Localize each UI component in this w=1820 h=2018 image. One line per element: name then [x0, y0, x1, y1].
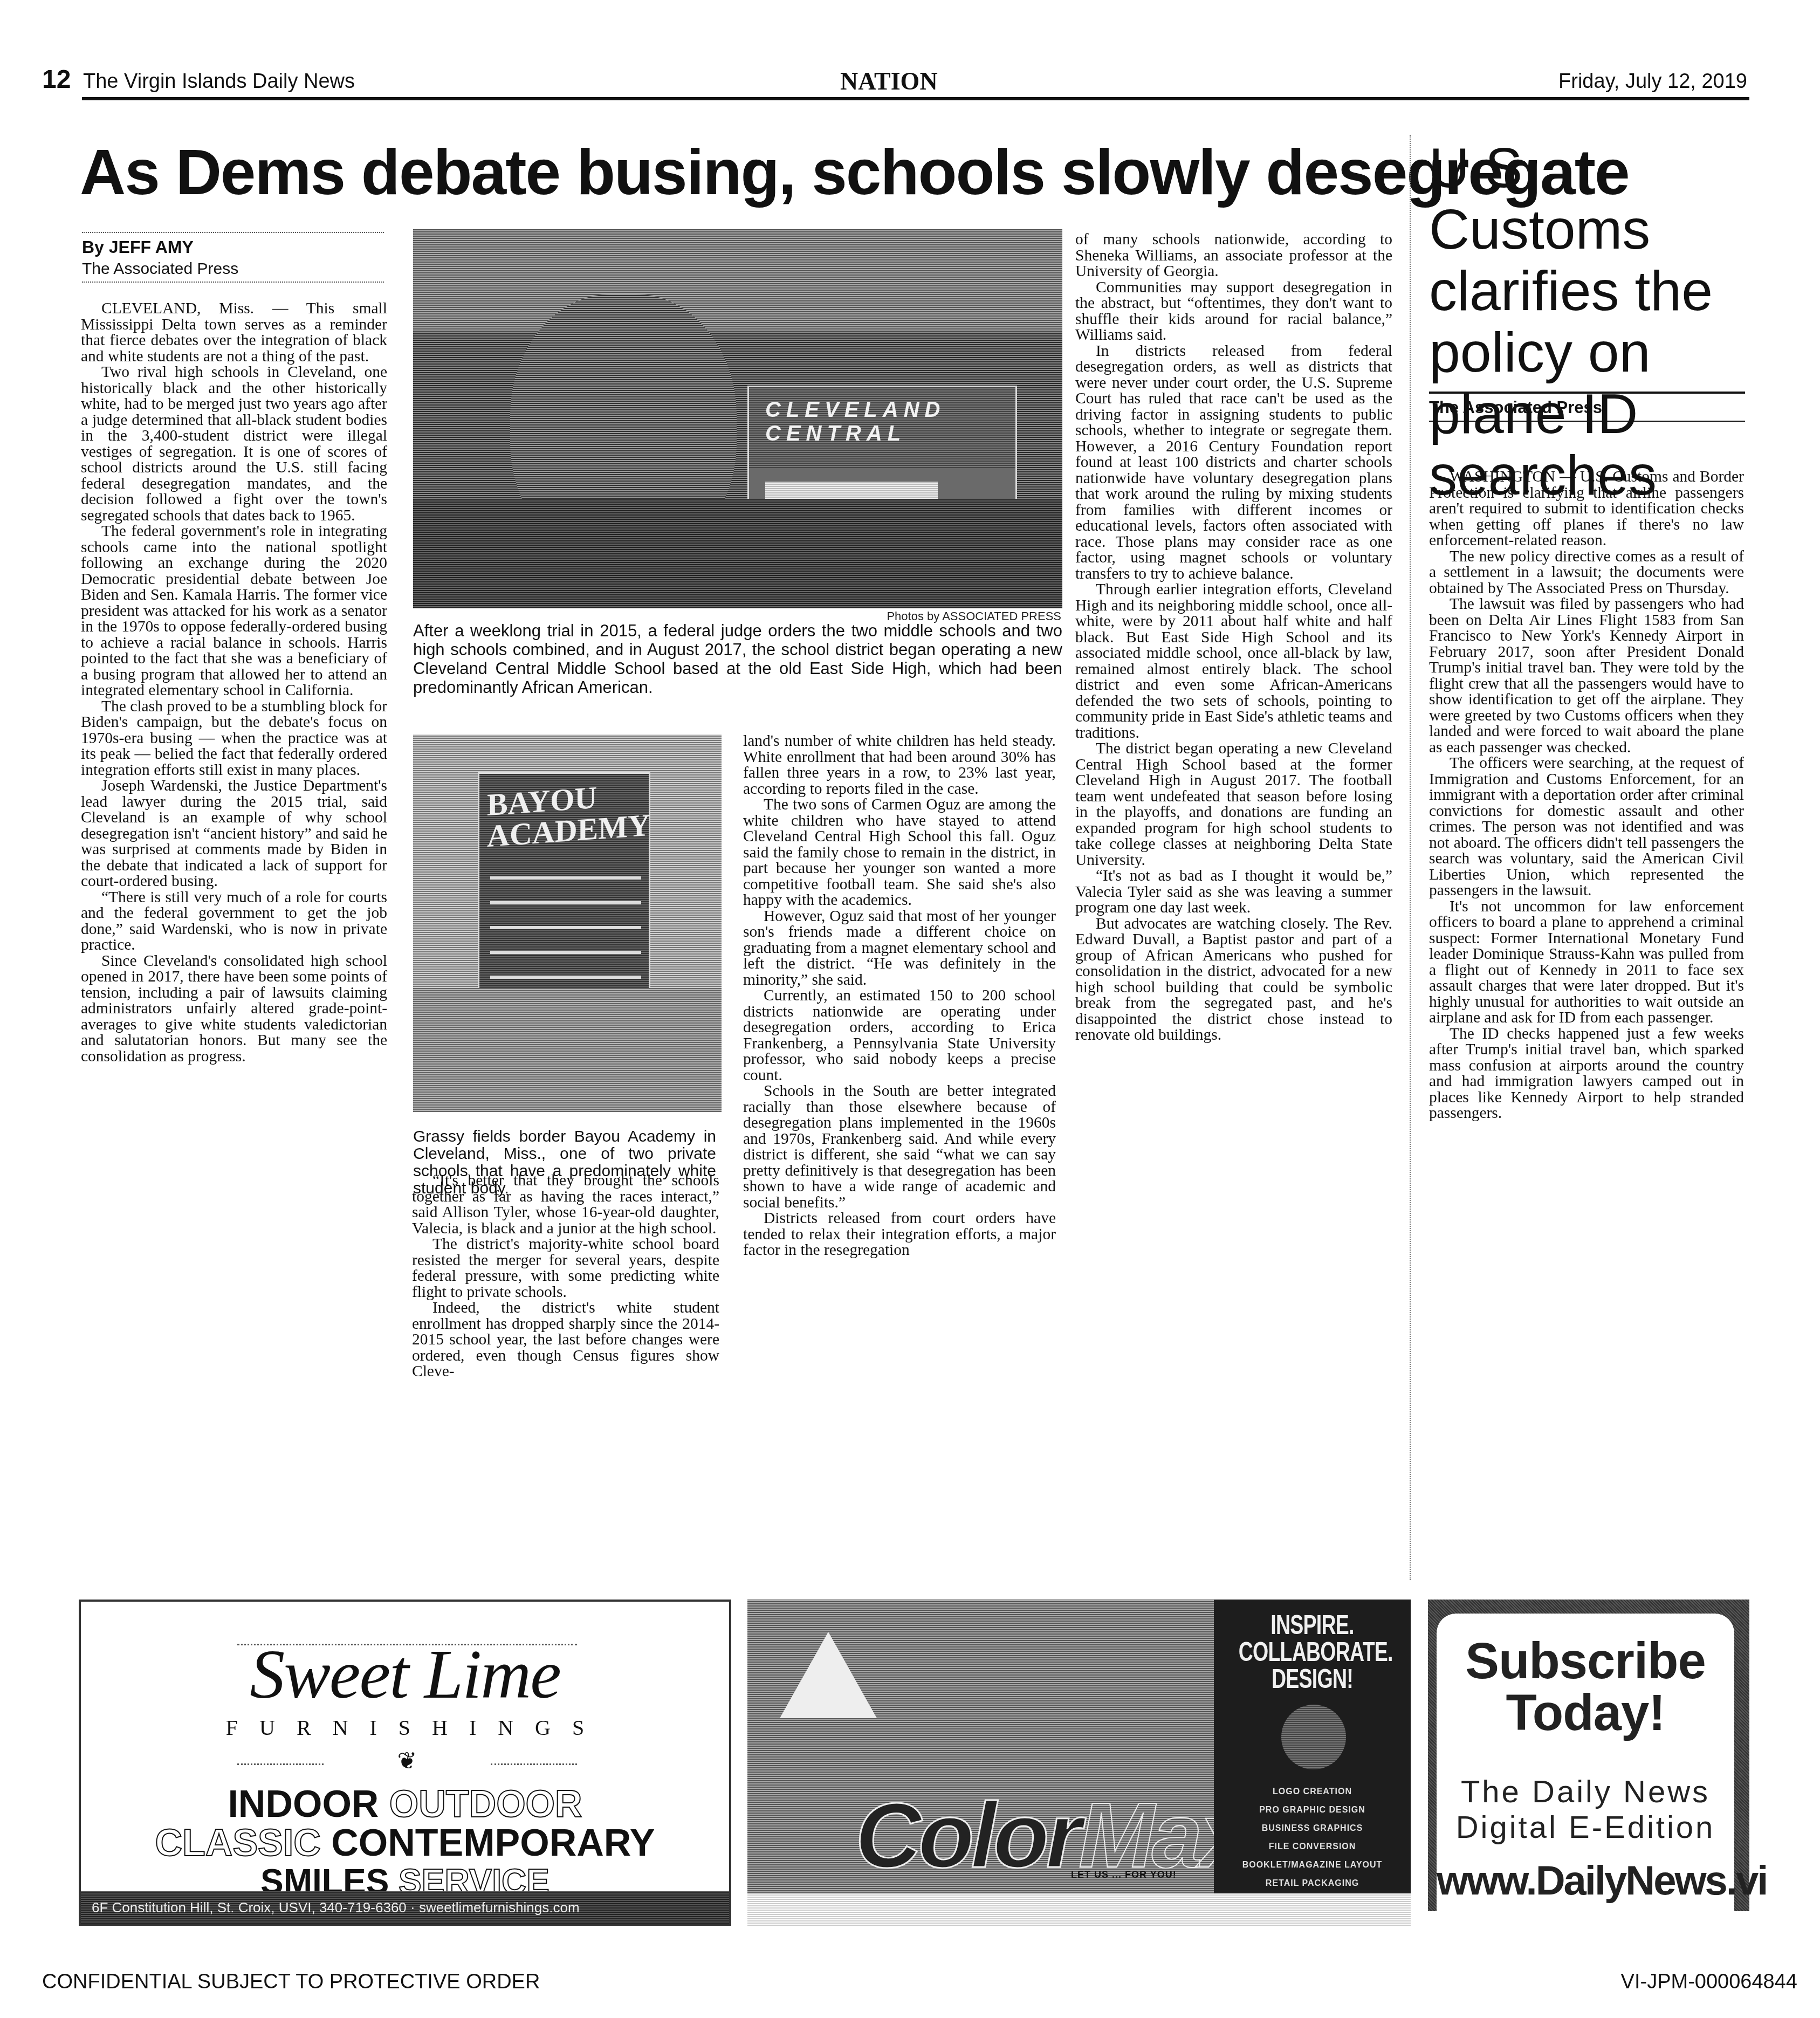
bates-number: VI-JPM-000064844	[1621, 1971, 1797, 1994]
paper-name: The Virgin Islands Daily News	[83, 70, 355, 93]
paragraph: However, Oguz said that most of her youn…	[743, 909, 1056, 989]
side-article-column: WASHINGTON — U.S. Customs and Border Pro…	[1429, 469, 1744, 1122]
ad-side-panel: INSPIRE. COLLABORATE. DESIGN! LOGO CREAT…	[1214, 1600, 1411, 1893]
paragraph: Since Cleveland's consolidated high scho…	[81, 953, 387, 1065]
folio-bar: 12 The Virgin Islands Daily News NATION …	[42, 65, 1747, 97]
subscribe-title: Subscribe Today!	[1437, 1635, 1734, 1739]
paragraph: Two rival high schools in Cleveland, one…	[81, 365, 387, 524]
ad-services-list: LOGO CREATION PRO GRAPHIC DESIGN BUSINES…	[1214, 1783, 1411, 1893]
bushes	[413, 499, 1062, 608]
ad-contact-footer	[747, 1893, 1411, 1926]
byline-rule-top	[82, 232, 384, 233]
article-column-2: “It's better that they brought the schoo…	[412, 1173, 719, 1380]
side-byline-rule-top	[1429, 392, 1745, 394]
article-column-3: land's number of white children has held…	[743, 733, 1056, 1259]
paragraph: The district's majority-white school boa…	[412, 1237, 719, 1300]
confidential-stamp: CONFIDENTIAL SUBJECT TO PROTECTIVE ORDER	[42, 1971, 540, 1994]
subscribe-subtitle: The Daily News Digital E-Edition	[1437, 1774, 1734, 1845]
side-byline-agency: The Associated Press	[1429, 398, 1602, 417]
lamp-light	[780, 1632, 877, 1718]
ad-colormax[interactable]: ColorMax LET US ... FOR YOU! INSPIRE. CO…	[747, 1600, 1411, 1926]
paragraph: of many schools nationwide, according to…	[1075, 232, 1392, 280]
paragraph: Indeed, the district's white student enr…	[412, 1300, 719, 1380]
ad-tagline: LET US ... FOR YOU!	[1071, 1869, 1177, 1880]
article-column-1: CLEVELAND, Miss. — This small Mississipp…	[81, 301, 387, 1065]
byline-author: By JEFF AMY	[82, 237, 194, 257]
paragraph: The new policy directive comes as a resu…	[1429, 549, 1744, 597]
issue-date: Friday, July 12, 2019	[1558, 70, 1747, 93]
ad-subscribe[interactable]: Subscribe Today! The Daily News Digital …	[1428, 1600, 1749, 1911]
column-divider	[1410, 135, 1411, 1580]
academy-sign: BAYOU ACADEMY	[478, 772, 650, 999]
paragraph: Communities may support desegregation in…	[1075, 280, 1392, 344]
paragraph: CLEVELAND, Miss. — This small Mississipp…	[81, 301, 387, 365]
ad-sweet-lime[interactable]: Sweet Lime FURNISHINGS ❦ INDOOR OUTDOOR …	[79, 1600, 731, 1926]
paragraph: In districts released from federal deseg…	[1075, 344, 1392, 582]
paragraph: “It's better that they brought the schoo…	[412, 1173, 719, 1237]
photo-cleveland-central: CLEVELAND CENTRAL	[413, 229, 1062, 608]
fleur-ornament-icon: ❦	[372, 1747, 442, 1775]
grass-field	[413, 988, 722, 1112]
paragraph: Joseph Wardenski, the Justice Department…	[81, 778, 387, 890]
paragraph: The ID checks happened just a few weeks …	[1429, 1026, 1744, 1122]
article-column-4: of many schools nationwide, according to…	[1075, 232, 1392, 1044]
side-headline: U.S. Customs clarifies the policy on pla…	[1429, 138, 1753, 506]
ad-photo: ColorMax LET US ... FOR YOU!	[747, 1600, 1214, 1893]
academy-sign-text: BAYOU ACADEMY	[487, 780, 627, 852]
photo-caption: After a weeklong trial in 2015, a federa…	[413, 621, 1062, 697]
photo-bayou-academy: BAYOU ACADEMY	[413, 735, 722, 1112]
main-headline: As Dems debate busing, schools slowly de…	[80, 135, 1396, 210]
ad-subbrand: FURNISHINGS	[81, 1715, 729, 1740]
paragraph: land's number of white children has held…	[743, 733, 1056, 797]
paragraph: The district began operating a new Cleve…	[1075, 741, 1392, 868]
ad-line-1: INDOOR OUTDOOR	[81, 1784, 729, 1824]
ad-brand: Sweet Lime	[81, 1634, 729, 1715]
byline-agency: The Associated Press	[82, 260, 238, 278]
paragraph: The officers were searching, at the requ…	[1429, 756, 1744, 899]
paragraph: Districts released from court orders hav…	[743, 1211, 1056, 1259]
paragraph: The two sons of Carmen Oguz are among th…	[743, 797, 1056, 909]
colormax-logo: ColorMax	[855, 1783, 1247, 1889]
paragraph: It's not uncommon for law enforcement of…	[1429, 899, 1744, 1026]
paragraph: Currently, an estimated 150 to 200 schoo…	[743, 988, 1056, 1083]
ad-panel-title: INSPIRE. COLLABORATE. DESIGN!	[1239, 1611, 1386, 1692]
paragraph: WASHINGTON — U.S. Customs and Border Pro…	[1429, 469, 1744, 549]
side-byline-rule-bottom	[1429, 421, 1745, 422]
ad-contact-footer: 6F Constitution Hill, St. Croix, USVI, 3…	[81, 1891, 729, 1924]
sign-line-1: CLEVELAND	[765, 398, 945, 422]
paragraph: Through earlier integration efforts, Cle…	[1075, 582, 1392, 741]
paragraph: But advocates are watching closely. The …	[1075, 916, 1392, 1044]
byline-rule-bottom	[82, 282, 384, 283]
sign-line-2: CENTRAL	[765, 422, 945, 445]
paragraph: “There is still very much of a role for …	[81, 890, 387, 953]
paragraph: The federal government's role in integra…	[81, 524, 387, 699]
paragraph: The lawsuit was filed by passengers who …	[1429, 596, 1744, 756]
ad-line-2: CLASSIC CONTEMPORARY	[81, 1823, 729, 1863]
page-number: 12	[42, 65, 71, 94]
award-badge-icon	[1281, 1705, 1346, 1769]
paragraph: “It's not as bad as I thought it would b…	[1075, 868, 1392, 916]
paragraph: Schools in the South are better integrat…	[743, 1083, 1056, 1211]
paragraph: The clash proved to be a stumbling block…	[81, 699, 387, 779]
section-label: NATION	[840, 67, 938, 95]
folio-rule	[82, 97, 1749, 100]
subscribe-url[interactable]: www.DailyNews.vi	[1437, 1857, 1734, 1904]
